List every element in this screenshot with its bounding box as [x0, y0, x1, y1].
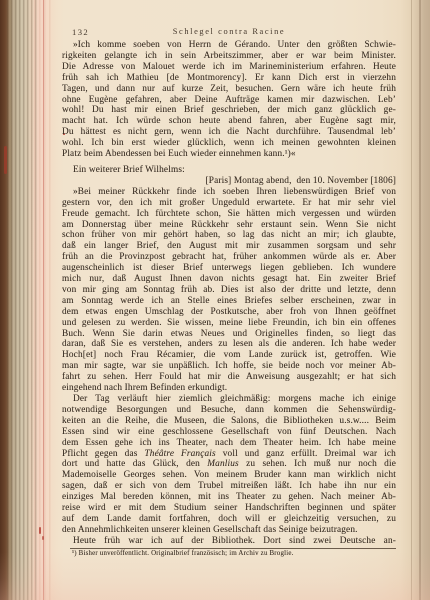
text-line: wohl! Du hast mir einen Brief geschriebe… — [62, 105, 396, 116]
red-margin-line — [43, 0, 44, 600]
text-line: und gelesen zu werden. Sie wissen, meine… — [62, 318, 396, 329]
paragraph-1: »Ich komme soeben von Herrn de Gérando. … — [62, 40, 396, 160]
text-line: den Annehmlichkeiten unserer kleinen Ges… — [62, 525, 396, 536]
page-header: 132 Schlegel contra Racine — [62, 27, 396, 39]
text-line: daran, daß Sie es verstehen, anders zu l… — [62, 339, 396, 350]
text-line: rigkeiten gelangte ich in sein Arbeitszi… — [62, 51, 396, 62]
text-line: Freude gemacht. Ich fürchtete schon, Sie… — [62, 209, 396, 220]
text-line: Heute früh war ich auf der Bibliothek. D… — [62, 536, 396, 547]
text-line: einziges Mal bereden können, mit ins The… — [62, 492, 396, 503]
text-line: Platz beim Abendessen bei Euch wieder ei… — [62, 149, 396, 160]
text-line: ohne Eugène gefahren, aber Deine Aufträg… — [62, 95, 396, 106]
interlude-line: Ein weiterer Brief Wilhelms: — [62, 165, 396, 176]
dateline: [Paris] Montag abend, den 10. November [… — [62, 176, 396, 187]
text-line: wohl. Ich bin erst wieder glücklich, wen… — [62, 138, 396, 149]
text-segment: zu sehen. Ich muß nur noch die — [239, 459, 396, 469]
text-line: Hoch[et] noch Frau Récamier, die vom Lan… — [62, 350, 396, 361]
paragraph-4: Heute früh war ich auf der Bibliothek. D… — [62, 536, 396, 547]
text-line: mich nur, daß August Ihnen davon nichts … — [62, 274, 396, 285]
running-title: Schlegel contra Racine — [62, 27, 396, 36]
text-column: »Ich komme soeben von Herrn de Gérando. … — [62, 40, 396, 558]
text-line: keiten an die Reihe, die Museen, die Sal… — [62, 416, 396, 427]
footnote-text: ¹) Bisher unveröffentlicht. Originalbrie… — [62, 550, 396, 559]
footnote-rule — [70, 548, 396, 549]
text-segment: Pflicht gegen das — [62, 449, 144, 459]
paragraph-3: Der Tag verläuft hier ziemlich gleichmäß… — [62, 394, 396, 536]
text-line: Der Tag verläuft hier ziemlich gleichmäß… — [62, 394, 396, 405]
text-line: notwendige Besorgungen und Besuche, dann… — [62, 405, 396, 416]
text-line: Tagen, und dann nur auf kurze Zeit, besu… — [62, 84, 396, 95]
text-line: Die Adresse von Malouet werde ich im Mar… — [62, 62, 396, 73]
text-line: von mir ging am Sonntag früh ab. Dies is… — [62, 285, 396, 296]
text-line: auf dem Lande damit fortfahren, doch wil… — [62, 514, 396, 525]
text-line: dort und hatte das Glück, den Manlius zu… — [62, 459, 396, 470]
text-line: reise wird er mit dem Studium seiner Han… — [62, 503, 396, 514]
text-line: am Donnerstag über meine Rückkehr sehr e… — [62, 220, 396, 231]
text-line: sagen, daß er sich von dem Trubel mitrei… — [62, 481, 396, 492]
bottom-scan-tint — [0, 552, 430, 600]
text-line: daß ein langer Brief, den August mit mir… — [62, 241, 396, 252]
italic-text-segment: Manlius — [207, 459, 239, 469]
text-line: man mir sagte, war sie unpäßlich. Ich ho… — [62, 361, 396, 372]
paragraph-2: »Bei meiner Rückkehr finde ich soeben Ih… — [62, 187, 396, 394]
text-segment: voll und ganz erfüllt. Dreimal war ich — [216, 449, 396, 459]
text-line: schon früher von mir gehört haben, so la… — [62, 230, 396, 241]
page-edge-striations — [7, 0, 37, 600]
text-line: am Sonntag werde ich an Stelle eines Bri… — [62, 296, 396, 307]
text-line: Mademoiselle Georges sehen. Von meinem B… — [62, 470, 396, 481]
text-line: macht hat. Ich würde schon heute abend f… — [62, 116, 396, 127]
text-line: »Ich komme soeben von Herrn de Gérando. … — [62, 40, 396, 51]
red-speck — [42, 536, 44, 540]
text-line: früh an die Provinzpost gebracht hat, fr… — [62, 252, 396, 263]
text-line: fahrt zu sehen. Herr Fould hat mir die A… — [62, 372, 396, 383]
right-crease-line — [411, 0, 412, 600]
text-line: »Bei meiner Rückkehr finde ich soeben Ih… — [62, 187, 396, 198]
text-line: eingehend nach Ihrem Befinden erkundigt. — [62, 383, 396, 394]
text-line: dem etwas engen Umschlag der Postkutsche… — [62, 307, 396, 318]
text-line: dem Essen gehe ich ins Theater, nach dem… — [62, 438, 396, 449]
italic-text-segment: Théâtre Français — [144, 449, 215, 459]
text-line: Pflicht gegen das Théâtre Français voll … — [62, 449, 396, 460]
red-speck — [4, 146, 7, 174]
text-line: augenscheinlich ist dieser Brief unterwe… — [62, 263, 396, 274]
book-page-scan: 132 Schlegel contra Racine »Ich komme so… — [0, 0, 430, 600]
text-line: früh sah ich Mathieu [de Montmorency]. E… — [62, 73, 396, 84]
text-line: Essen sind wir eine geschlossene Gesells… — [62, 427, 396, 438]
text-line: Du hättest es nicht gern, wenn ich die N… — [62, 127, 396, 138]
text-line: Buch. Wenn Sie darin etwas Neues und Ori… — [62, 329, 396, 340]
red-speck — [39, 527, 41, 534]
text-segment: dort und hatte das Glück, den — [62, 459, 207, 469]
text-line: gestern vor, den ich mit großer Ungeduld… — [62, 198, 396, 209]
right-edge-shadow — [419, 0, 421, 600]
